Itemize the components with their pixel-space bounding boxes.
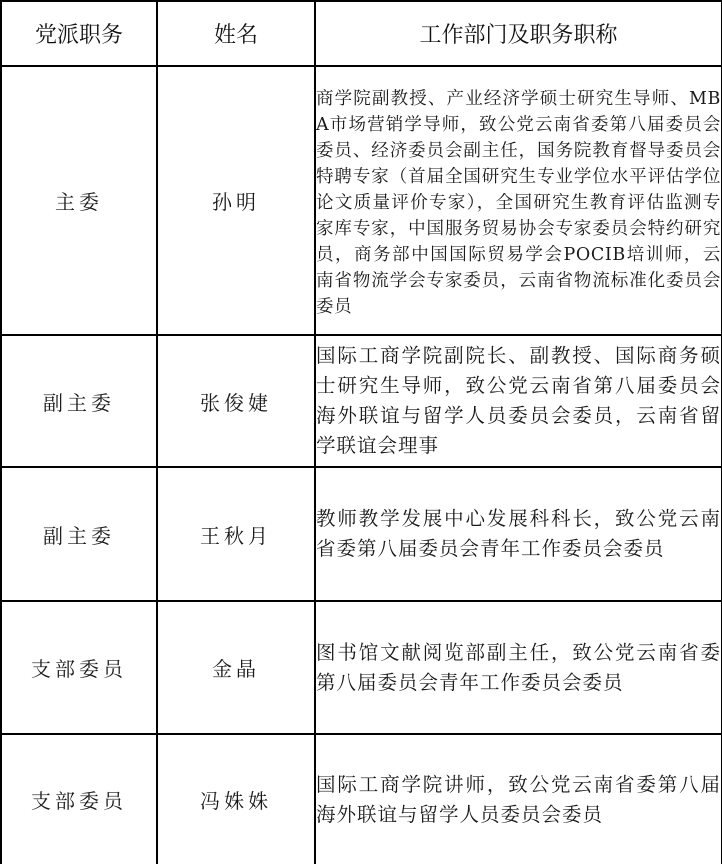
name-cell: 金晶 bbox=[157, 601, 315, 734]
department-title-cell: 国际工商学院讲师，致公党云南省委第八届海外联谊与留学人员委员会委员 bbox=[315, 734, 722, 864]
table-row: 支部委员 金晶 图书馆文献阅览部副主任，致公党云南省委第八届委员会青年工作委员会… bbox=[1, 601, 722, 734]
header-party-position: 党派职务 bbox=[1, 1, 157, 66]
party-position-cell: 副主委 bbox=[1, 467, 157, 601]
header-row: 党派职务 姓名 工作部门及职务职称 bbox=[1, 1, 722, 66]
table-row: 支部委员 冯姝姝 国际工商学院讲师，致公党云南省委第八届海外联谊与留学人员委员会… bbox=[1, 734, 722, 864]
committee-roster-table: 党派职务 姓名 工作部门及职务职称 主委 孙明 商学院副教授、产业经济学硕士研究… bbox=[0, 0, 722, 864]
department-title-cell: 国际工商学院副院长、副教授、国际商务硕士研究生导师，致公党云南省第八届委员会海外… bbox=[315, 335, 722, 467]
party-position-cell: 主委 bbox=[1, 66, 157, 335]
header-name: 姓名 bbox=[157, 1, 315, 66]
party-position-cell: 支部委员 bbox=[1, 601, 157, 734]
party-position-cell: 副主委 bbox=[1, 335, 157, 467]
table-row: 副主委 张俊婕 国际工商学院副院长、副教授、国际商务硕士研究生导师，致公党云南省… bbox=[1, 335, 722, 467]
party-position-cell: 支部委员 bbox=[1, 734, 157, 864]
name-cell: 冯姝姝 bbox=[157, 734, 315, 864]
name-cell: 张俊婕 bbox=[157, 335, 315, 467]
header-department-title: 工作部门及职务职称 bbox=[315, 1, 722, 66]
department-title-cell: 商学院副教授、产业经济学硕士研究生导师、MBA市场营销学导师，致公党云南省委第八… bbox=[315, 66, 722, 335]
name-cell: 王秋月 bbox=[157, 467, 315, 601]
table-row: 主委 孙明 商学院副教授、产业经济学硕士研究生导师、MBA市场营销学导师，致公党… bbox=[1, 66, 722, 335]
name-cell: 孙明 bbox=[157, 66, 315, 335]
department-title-cell: 教师教学发展中心发展科科长，致公党云南省委第八届委员会青年工作委员会委员 bbox=[315, 467, 722, 601]
table-row: 副主委 王秋月 教师教学发展中心发展科科长，致公党云南省委第八届委员会青年工作委… bbox=[1, 467, 722, 601]
department-title-cell: 图书馆文献阅览部副主任，致公党云南省委第八届委员会青年工作委员会委员 bbox=[315, 601, 722, 734]
